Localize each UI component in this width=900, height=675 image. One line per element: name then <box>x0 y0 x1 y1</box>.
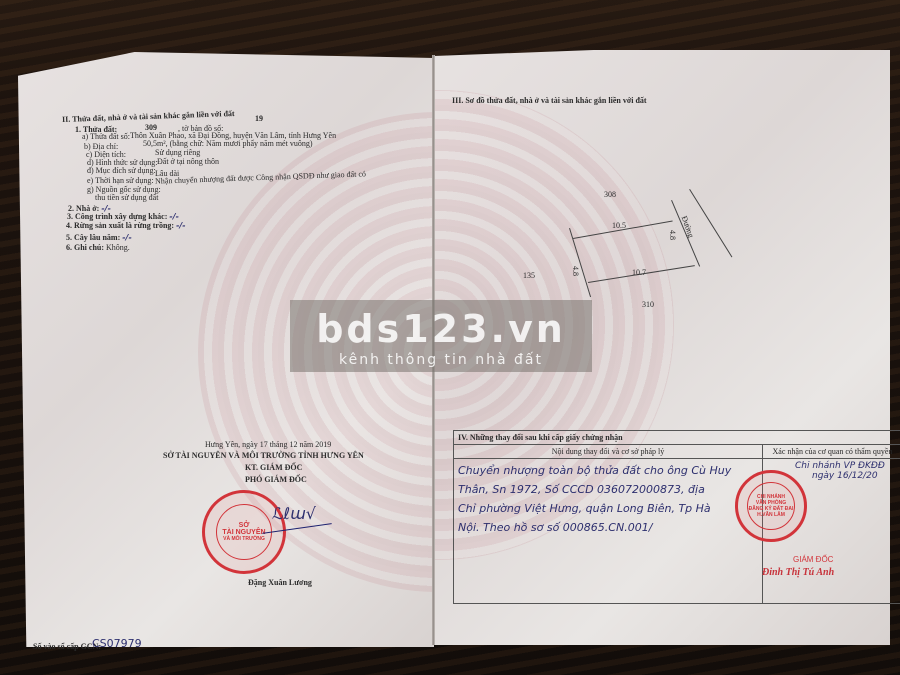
top-edge-length: 10.5 <box>612 221 626 231</box>
confirm-title: GIÁM ĐỐC <box>793 555 833 565</box>
confirm-date: ngày 16/12/20 <box>812 471 898 481</box>
purpose-label: đ) Mục đích sử dụng: <box>87 166 156 176</box>
map-sheet-number: 19 <box>255 114 263 124</box>
list-item: 6. Ghi chú: Không. <box>66 243 130 253</box>
registry-label: Số vào sổ cấp GCN: <box>33 642 101 652</box>
on-behalf: KT. GIÁM ĐỐC <box>245 463 302 473</box>
signer-name: Đặng Xuân Lương <box>248 578 312 588</box>
watermark-banner: bds123.vn kênh thông tin nhà đất <box>290 300 592 372</box>
neighbor-135: 135 <box>523 271 535 281</box>
watermark-tagline: kênh thông tin nhà đất <box>290 352 592 368</box>
section-iv-title: IV. Những thay đổi sau khi cấp giấy chứn… <box>454 431 900 445</box>
watermark-site: bds123.vn <box>290 306 592 352</box>
right-edge-length: 4.8 <box>667 230 677 240</box>
registry-value: CS07979 <box>92 639 142 649</box>
signer-title: PHÓ GIÁM ĐỐC <box>245 475 307 485</box>
parcel-label: a) Thửa đất số: <box>82 132 130 142</box>
column-header-content: Nội dung thay đổi và cơ sở pháp lý <box>454 445 763 459</box>
list-item: 5. Cây lâu năm: -/- <box>66 233 132 243</box>
purpose-value: Đất ở tại nông thôn <box>157 157 219 167</box>
origin-value-cont: thu tiền sử dụng đất <box>95 193 158 203</box>
official-stamp-right: CHI NHÁNH VĂN PHÒNG ĐĂNG KÝ ĐẤT ĐAI H.VĂ… <box>735 470 807 542</box>
confirm-signer: Đinh Thị Tú Anh <box>762 568 834 578</box>
signature-scribble-left: ℒℓɯ√ <box>272 505 316 523</box>
list-item: 4. Rừng sản xuất là rừng trồng: -/- <box>66 221 186 231</box>
issuing-agency: SỞ TÀI NGUYÊN VÀ MÔI TRƯỜNG TỈNH HƯNG YÊ… <box>163 451 364 461</box>
change-entry: Chuyển nhượng toàn bộ thửa đất cho ông C… <box>454 459 763 604</box>
left-edge-length: 4.8 <box>570 266 580 276</box>
confirm-note: Chi nhánh VP ĐKĐĐ <box>795 461 898 471</box>
column-header-confirm: Xác nhận của cơ quan có thẩm quyền <box>763 445 900 459</box>
bottom-edge-length: 10.7 <box>632 268 646 278</box>
neighbor-308: 308 <box>604 190 616 200</box>
section-iii-title: III. Sơ đồ thửa đất, nhà ở và tài sản kh… <box>452 96 647 106</box>
table-row: Chuyển nhượng toàn bộ thửa đất cho ông C… <box>454 459 900 604</box>
issue-date: Hưng Yên, ngày 17 tháng 12 năm 2019 <box>205 440 331 450</box>
neighbor-310: 310 <box>642 300 654 310</box>
